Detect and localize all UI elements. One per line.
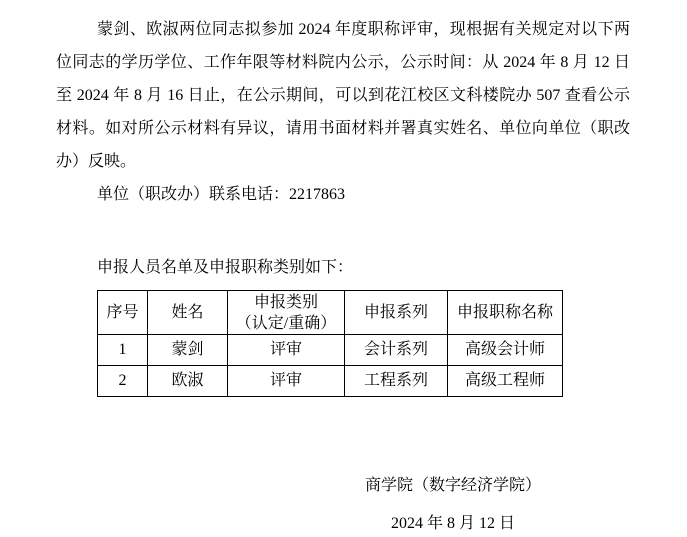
cell-series: 工程系列 (345, 366, 448, 397)
cell-series: 会计系列 (345, 335, 448, 366)
col-header-category: 申报类别 （认定/重确） (228, 291, 345, 335)
col-header-seq-no: 序号 (98, 291, 148, 335)
cell-title-name: 高级工程师 (448, 366, 563, 397)
cell-name: 欧淑 (148, 366, 228, 397)
contact-phone-line: 单位（职改办）联系电话：2217863 (56, 178, 630, 211)
table-row: 2 欧淑 评审 工程系列 高级工程师 (98, 366, 563, 397)
table-header-row: 序号 姓名 申报类别 （认定/重确） 申报系列 申报职称名称 (98, 291, 563, 335)
cell-category: 评审 (228, 366, 345, 397)
applicants-table: 序号 姓名 申报类别 （认定/重确） 申报系列 申报职称名称 1 蒙剑 评审 会… (97, 290, 563, 397)
announcement-paragraph: 蒙剑、欧淑两位同志拟参加 2024 年度职称评审，现根据有关规定对以下两位同志的… (56, 13, 630, 178)
col-header-title-name: 申报职称名称 (448, 291, 563, 335)
table-intro: 申报人员名单及申报职称类别如下： (97, 251, 630, 284)
signature-block: 商学院（数字经济学院） 2024 年 8 月 12 日 (288, 467, 618, 537)
cell-seq-no: 1 (98, 335, 148, 366)
cell-name: 蒙剑 (148, 335, 228, 366)
col-header-name: 姓名 (148, 291, 228, 335)
table-row: 1 蒙剑 评审 会计系列 高级会计师 (98, 335, 563, 366)
cell-title-name: 高级会计师 (448, 335, 563, 366)
signature-date: 2024 年 8 月 12 日 (288, 505, 618, 537)
cell-category: 评审 (228, 335, 345, 366)
cell-seq-no: 2 (98, 366, 148, 397)
col-header-series: 申报系列 (345, 291, 448, 335)
signature-unit: 商学院（数字经济学院） (288, 467, 618, 505)
document-page: 蒙剑、欧淑两位同志拟参加 2024 年度职称评审，现根据有关规定对以下两位同志的… (0, 0, 687, 537)
